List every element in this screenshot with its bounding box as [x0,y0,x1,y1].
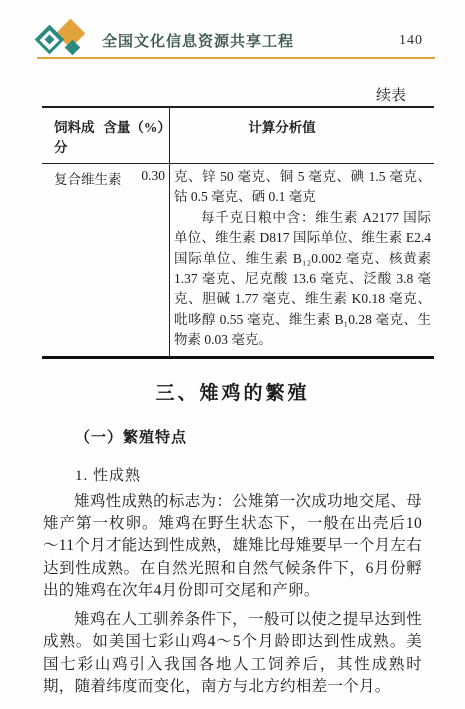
page-header: 全国文化信息资源共享工程 140 [0,0,465,60]
feed-composition-table: 饲料成分 含量（%） 计算分析值 复合维生素 0.30 克、锌 50 毫克、铜 … [42,106,434,359]
component-percent: 0.30 [141,168,165,184]
table-header-left-cell: 饲料成分 含量（%） [42,108,170,163]
analysis-paragraph: 克、锌 50 毫克、铜 5 毫克、碘 1.5 毫克、钴 0.5 毫克、硒 0.1… [174,167,431,208]
header-rule [37,57,435,59]
page-number: 140 [399,33,423,49]
body-paragraph: 雉鸡性成熟的标志为：公雉第一次成功地交尾、母雉产第一枚卵。雉鸡在野生状态下，一般… [43,491,422,603]
item-title: 1. 性成熟 [75,464,465,485]
analysis-value-cell: 克、锌 50 毫克、铜 5 毫克、碘 1.5 毫克、钴 0.5 毫克、硒 0.1… [170,164,434,356]
table-header-row: 饲料成分 含量（%） 计算分析值 [42,108,434,164]
col-header-content: 含量（%） [103,116,165,156]
brand-logo [36,20,98,60]
component-name: 复合维生素 [54,168,122,188]
body-paragraph: 雉鸡在人工驯养条件下，一般可以使之提早达到性成熟。如美国七彩山鸡4～5个月龄即达… [43,609,422,699]
diamond-core [45,35,55,45]
table-continued-label: 续表 [0,84,406,105]
section-title: 三、雉鸡的繁殖 [0,378,465,405]
diamond-inner-ring [40,30,60,50]
subsection-title: （一）繁殖特点 [75,426,465,447]
brand-title: 全国文化信息资源共享工程 [102,30,294,51]
table-row-left-cell: 复合维生素 0.30 [42,164,170,356]
page-content: 续表 饲料成分 含量（%） 计算分析值 复合维生素 0.30 克、锌 50 毫克… [0,60,465,698]
col-header-analysis: 计算分析值 [170,108,434,163]
table-row: 复合维生素 0.30 克、锌 50 毫克、铜 5 毫克、碘 1.5 毫克、钴 0… [42,164,434,356]
analysis-paragraph: 每千克日粮中含：维生素 A2177 国际单位、维生素 D817 国际单位、维生素… [174,208,431,351]
scanned-book-page: 全国文化信息资源共享工程 140 续表 饲料成分 含量（%） 计算分析值 复合维… [0,0,465,709]
col-header-component: 饲料成分 [54,116,103,156]
